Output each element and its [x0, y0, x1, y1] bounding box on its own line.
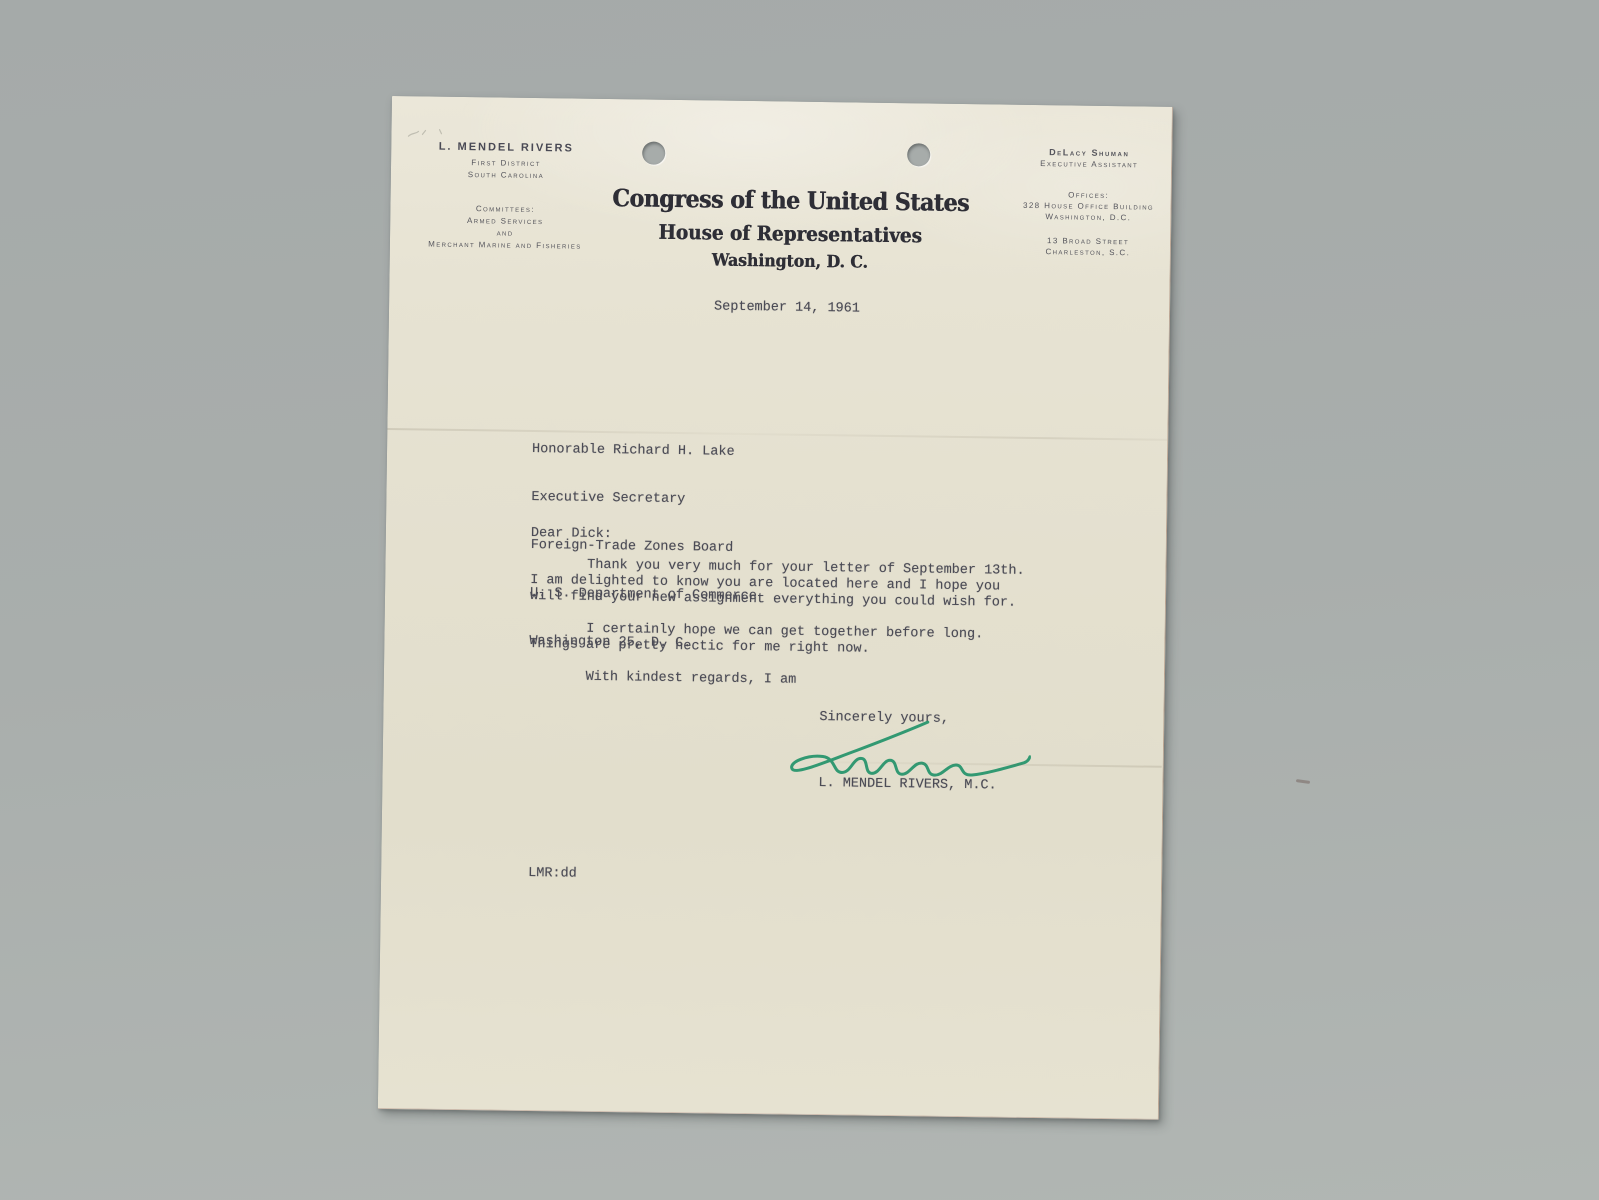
- office-address-line: Washington, D.C.: [983, 210, 1193, 224]
- dust-speck: [1296, 779, 1310, 784]
- paper-crease: [387, 428, 1167, 441]
- recipient-line: Executive Secretary: [531, 490, 758, 509]
- signer-name: L. MENDEL RIVERS, M.C.: [818, 776, 996, 794]
- punch-hole-left: [642, 142, 665, 165]
- letterhead-assistant: DeLacy Shuman Executive Assistant: [984, 146, 1194, 171]
- punch-hole-right: [907, 143, 930, 166]
- letter-paper: L. MENDEL RIVERS First District South Ca…: [378, 96, 1173, 1120]
- body-paragraph-2: I certainly hope we can get together bef…: [529, 621, 983, 659]
- letterhead-member-name: L. MENDEL RIVERS: [401, 140, 611, 155]
- photo-background: { "letterhead": { "left": { "name": "L. …: [0, 0, 1599, 1200]
- salutation: Dear Dick:: [531, 526, 612, 543]
- typist-reference: LMR:dd: [528, 866, 577, 883]
- letter-date: September 14, 1961: [714, 300, 860, 318]
- body-paragraph-3: With kindest regards, I am: [529, 669, 797, 689]
- assistant-title: Executive Assistant: [984, 157, 1194, 171]
- letterhead-office-2: 13 Broad Street Charleston, S.C.: [983, 234, 1193, 259]
- recipient-line: Honorable Richard H. Lake: [532, 442, 759, 461]
- letterhead-office-1: Offices: 328 House Office Building Washi…: [983, 188, 1193, 224]
- body-paragraph-1: Thank you very much for your letter of S…: [530, 557, 1025, 612]
